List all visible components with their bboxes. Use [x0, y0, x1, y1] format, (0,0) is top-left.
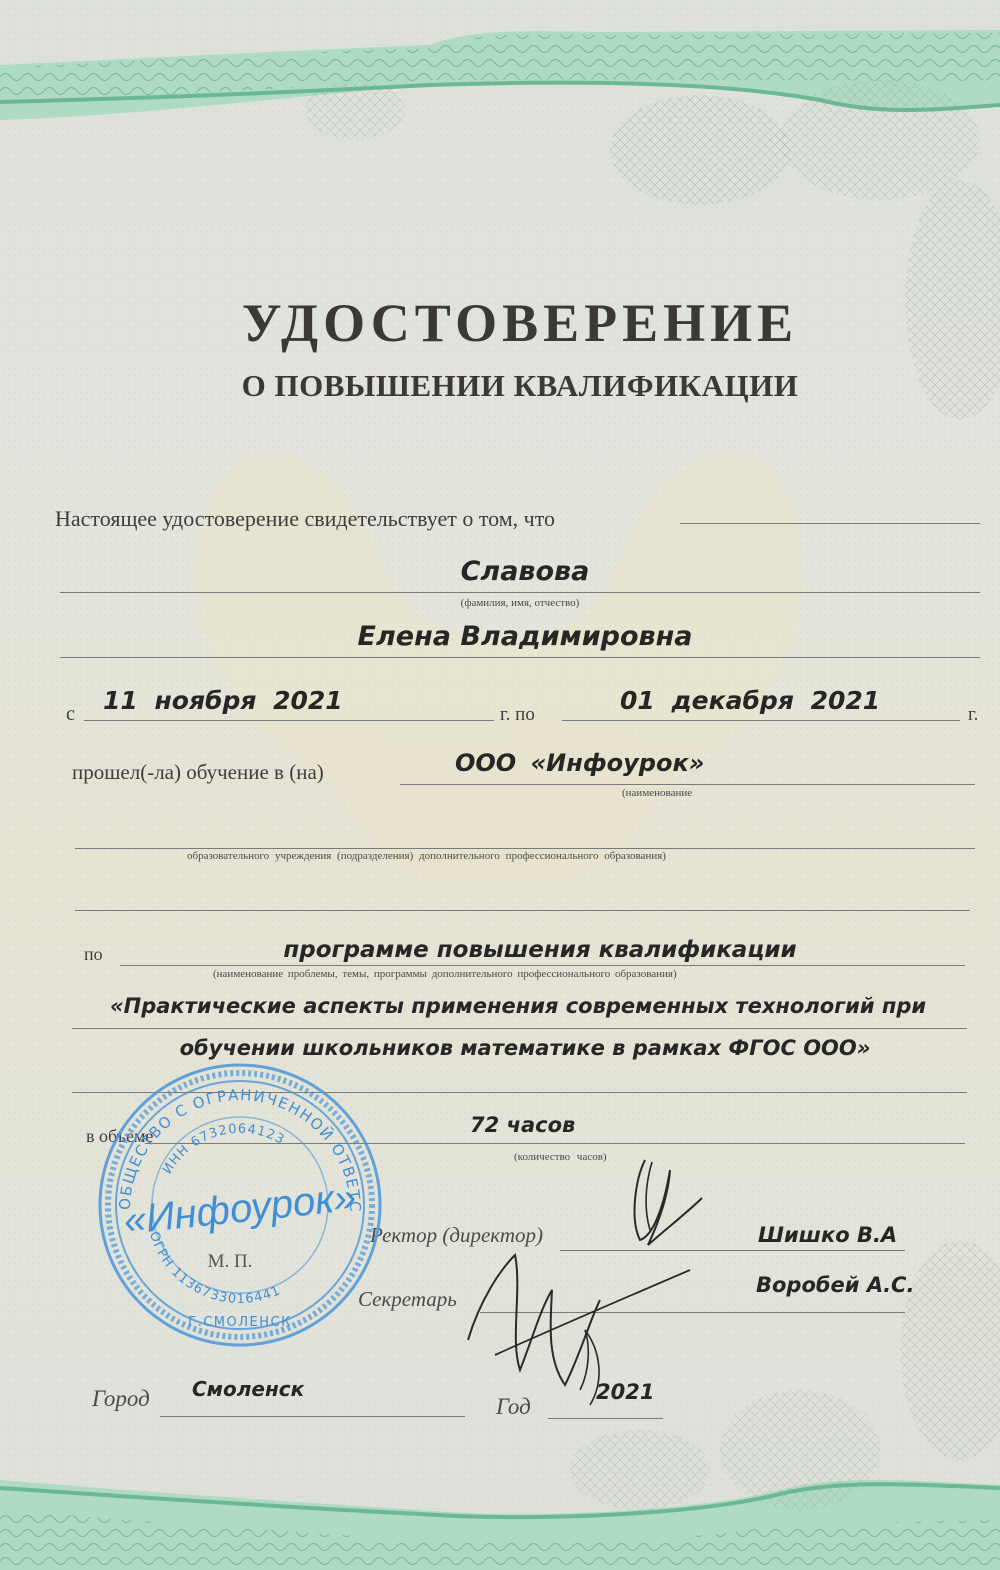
- director-signature: [635, 1160, 702, 1245]
- institution-underline-3: [75, 910, 970, 911]
- name-hint: (фамилия, имя, отчество): [0, 597, 1000, 609]
- given-names-underline: [60, 657, 980, 658]
- training-label: прошел(-ла) обучение в (на): [72, 760, 324, 785]
- program-name-underline-1: [72, 1028, 967, 1029]
- city-value: Смоленск: [192, 1377, 304, 1401]
- volume-value: 72 часов: [470, 1113, 575, 1137]
- program-name-line-2: обучении школьников математике в рамках …: [0, 1036, 1000, 1060]
- intro-text: Настоящее удостоверение свидетельствует …: [55, 506, 555, 532]
- program-type-underline: [120, 965, 965, 966]
- secretary-signature: [468, 1255, 600, 1385]
- institution-underline: [400, 784, 975, 785]
- organization-stamp: ОБЩЕСТВО С ОГРАНИЧЕННОЙ ОТВЕТСТВЕННОСТЬЮ…: [92, 1060, 388, 1350]
- end-date-underline: [562, 720, 960, 721]
- city-underline: [160, 1416, 465, 1417]
- program-hint: (наименование проблемы, темы, программы …: [213, 968, 677, 980]
- document-title: УДОСТОВЕРЕНИЕ: [0, 292, 1000, 354]
- institution-hint-1: (наименование: [622, 787, 692, 799]
- city-label: Город: [92, 1386, 150, 1412]
- director-name: Шишко В.А: [758, 1223, 897, 1247]
- stamp-inn-text: ИНН 6732064123: [160, 1122, 287, 1177]
- surname-underline: [60, 592, 980, 593]
- signatures: [440, 1140, 740, 1440]
- institution-hint-2: образовательного учреждения (подразделен…: [187, 850, 666, 862]
- given-names-value: Елена Владимировна: [0, 621, 1000, 652]
- seal-mark: М. П.: [208, 1251, 253, 1272]
- svg-text:ИНН 6732064123: ИНН 6732064123: [160, 1122, 287, 1177]
- secretary-name: Воробей А.С.: [756, 1273, 914, 1297]
- year-suffix: г.: [968, 704, 978, 726]
- program-name-line-1: «Практические аспекты применения совреме…: [110, 994, 926, 1018]
- intro-underline: [680, 523, 980, 524]
- to-label: г. по: [500, 704, 535, 726]
- surname-value: Славова: [0, 556, 1000, 587]
- program-type-value: программе повышения квалификации: [0, 937, 1000, 963]
- document-subtitle: О ПОВЫШЕНИИ КВАЛИФИКАЦИИ: [0, 368, 1000, 404]
- start-date-underline: [84, 720, 494, 721]
- institution-value: ООО «Инфоурок»: [455, 749, 704, 777]
- end-date-value: 01 декабря 2021: [620, 686, 880, 715]
- from-label: с: [66, 703, 75, 726]
- institution-underline-2: [75, 848, 975, 849]
- stamp-city-text: Г.СМОЛЕНСК: [188, 1315, 292, 1330]
- start-date-value: 11 ноября 2021: [103, 686, 343, 715]
